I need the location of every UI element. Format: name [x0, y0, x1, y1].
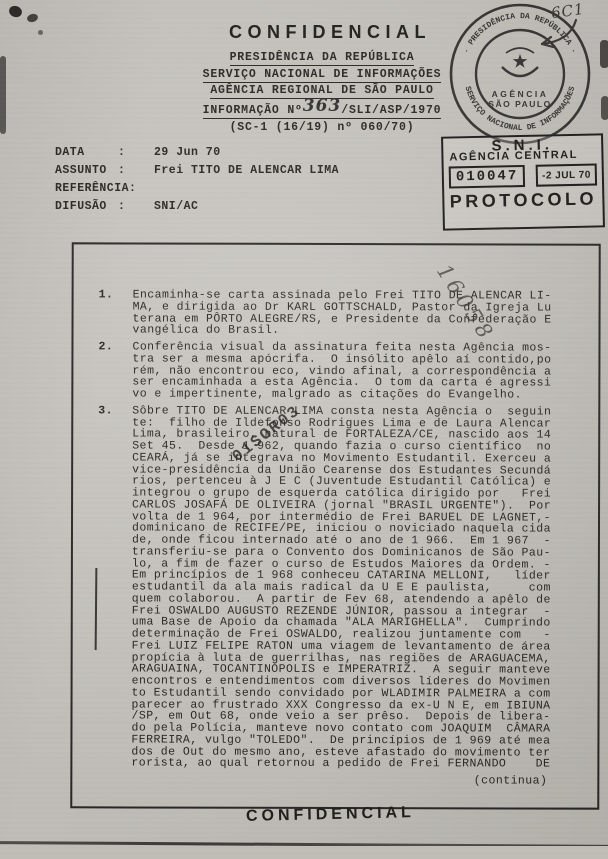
metadata-value: 29 Jun 70 — [154, 146, 221, 164]
paragraph: 2.Conferência visual da assinatura feita… — [98, 341, 556, 401]
paragraph-text: Sôbre TITO DE ALENCAR LIMA consta nesta … — [131, 405, 551, 770]
staple-mark — [8, 4, 24, 19]
doc-number-suffix: /SLI/ASP/1970 — [341, 104, 441, 117]
protocol-date: -2 JUL 70 — [536, 163, 597, 186]
metadata-value: SNI/AC — [154, 200, 198, 218]
metadata-label: ASSUNTO — [55, 164, 117, 182]
svg-text:★: ★ — [512, 47, 528, 77]
paper-tear-strip — [0, 846, 608, 859]
metadata-separator — [117, 182, 154, 200]
paragraph-number: 1. — [98, 289, 132, 336]
paragraph-number: 2. — [98, 341, 132, 400]
protocol-word: PROTOCOLO — [444, 188, 602, 211]
body-text: 1.Encaminha-se carta assinada pelo Frei … — [97, 289, 556, 787]
protocol-number: 010047 — [449, 165, 526, 189]
doc-number-prefix: INFORMAÇÃO Nº — [203, 104, 303, 117]
paragraph: 3.Sôbre TITO DE ALENCAR LIMA consta nest… — [97, 405, 556, 770]
paragraph-number: 3. — [97, 405, 132, 769]
protocol-stamp: S.N.I. AGÊNCIA CENTRAL 010047 -2 JUL 70 … — [441, 133, 605, 230]
seal-center-line1: AGÊNCIA — [492, 88, 549, 99]
edge-smudge — [0, 56, 6, 134]
paragraph: 1.Encaminha-se carta assinada pelo Frei … — [98, 289, 556, 337]
doc-number: INFORMAÇÃO Nº363/SLI/ASP/1970 — [203, 104, 442, 119]
metadata-block: DATA:29 Jun 70ASSUNTO:Frei TITO DE ALENC… — [55, 146, 435, 218]
continuation-note: (continua) — [97, 774, 555, 787]
metadata-row: DIFUSÃO:SNI/AC — [55, 200, 435, 218]
metadata-value: Frei TITO DE ALENCAR LIMA — [154, 164, 339, 182]
metadata-separator: : — [117, 200, 154, 218]
metadata-row: DATA:29 Jun 70 — [55, 146, 435, 164]
doc-number-handwritten: 363 — [303, 96, 342, 116]
handwritten-arrow-icon — [532, 18, 580, 52]
scanned-document-page: CONFIDENCIAL PRESIDÊNCIA DA REPÚBLICA SE… — [0, 0, 608, 859]
metadata-row: ASSUNTO:Frei TITO DE ALENCAR LIMA — [55, 164, 435, 182]
classification-banner-bottom: CONFIDENCIAL — [246, 804, 415, 826]
metadata-label: DIFUSÃO — [55, 200, 117, 218]
metadata-separator: : — [117, 164, 154, 182]
body-frame: 1.Encaminha-se carta assinada pelo Frei … — [70, 242, 600, 809]
staple-mark — [26, 13, 39, 24]
edge-smudge — [600, 40, 608, 68]
org-name-presidencia: PRESIDÊNCIA DA REPÚBLICA — [230, 51, 415, 66]
classification-banner-top: CONFIDENCIAL — [229, 22, 431, 43]
metadata-row: REFERÊNCIA: — [55, 182, 435, 200]
org-name-sni: SERVIÇO NACIONAL DE INFORMAÇÕES — [203, 68, 442, 83]
ink-spot — [38, 30, 43, 35]
metadata-label: DATA — [55, 146, 117, 164]
edge-smudge — [601, 96, 608, 120]
paragraph-text: Conferência visual da assinatura feita n… — [132, 341, 551, 401]
body-paragraphs: 1.Encaminha-se carta assinada pelo Frei … — [97, 289, 556, 770]
metadata-separator: : — [117, 146, 154, 164]
paragraph-text: Encaminha-se carta assinada pelo Frei TI… — [132, 289, 551, 337]
seal-center-line2: SÃO PAULO — [488, 99, 551, 109]
protocol-number-row: 010047 -2 JUL 70 — [444, 160, 602, 188]
metadata-label: REFERÊNCIA: — [55, 182, 117, 200]
